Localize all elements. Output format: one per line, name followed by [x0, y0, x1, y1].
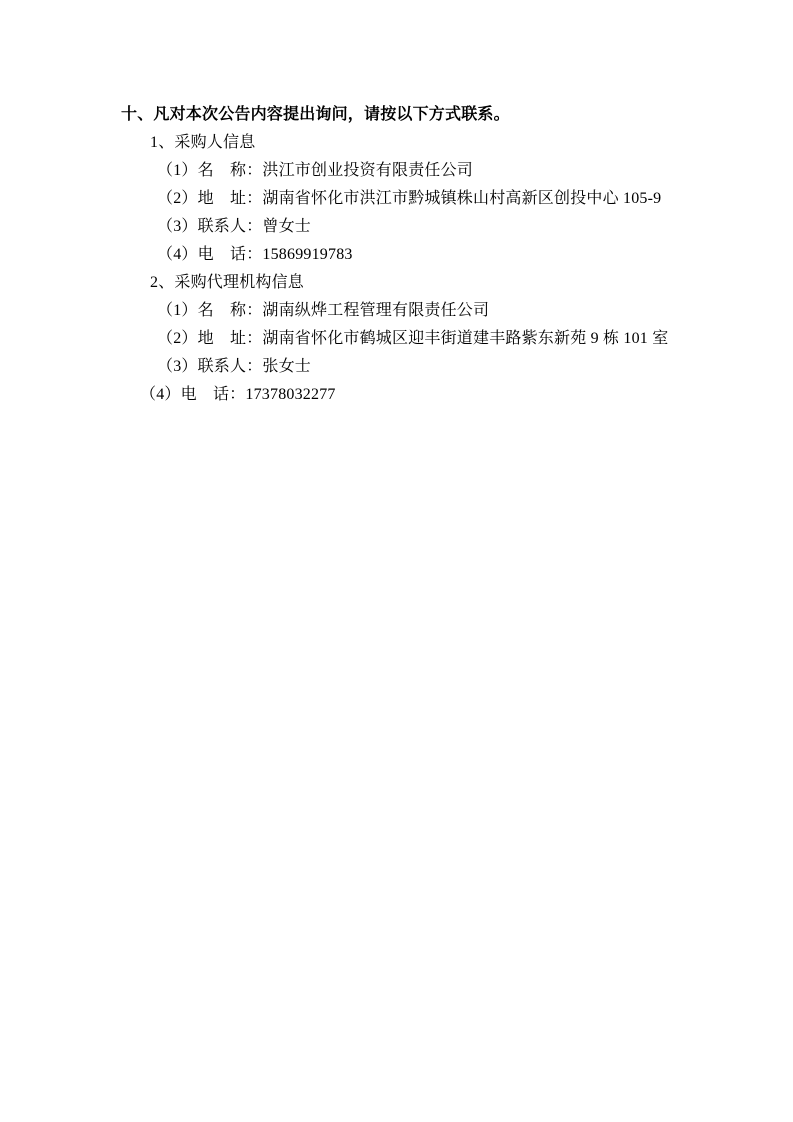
agency-name-line: （1）名 称：湖南纵烨工程管理有限责任公司	[121, 297, 681, 325]
purchaser-info-title: 1、采购人信息	[121, 129, 681, 157]
inquiry-contact-heading: 十、凡对本次公告内容提出询问，请按以下方式联系。	[121, 101, 681, 129]
agency-info-title: 2、采购代理机构信息	[121, 269, 681, 297]
document-content: 十、凡对本次公告内容提出询问，请按以下方式联系。 1、采购人信息 （1）名 称：…	[121, 101, 681, 409]
agency-phone-line: （4）电 话：17378032277	[121, 381, 681, 409]
purchaser-address-line: （2）地 址：湖南省怀化市洪江市黔城镇株山村高新区创投中心 105-9	[121, 185, 681, 213]
purchaser-contact-line: （3）联系人：曾女士	[121, 213, 681, 241]
agency-address-line: （2）地 址：湖南省怀化市鹤城区迎丰街道建丰路紫东新苑 9 栋 101 室	[121, 325, 681, 353]
purchaser-phone-line: （4）电 话：15869919783	[121, 241, 681, 269]
document-page: 十、凡对本次公告内容提出询问，请按以下方式联系。 1、采购人信息 （1）名 称：…	[0, 0, 793, 1122]
purchaser-name-line: （1）名 称：洪江市创业投资有限责任公司	[121, 157, 681, 185]
agency-contact-line: （3）联系人：张女士	[121, 353, 681, 381]
